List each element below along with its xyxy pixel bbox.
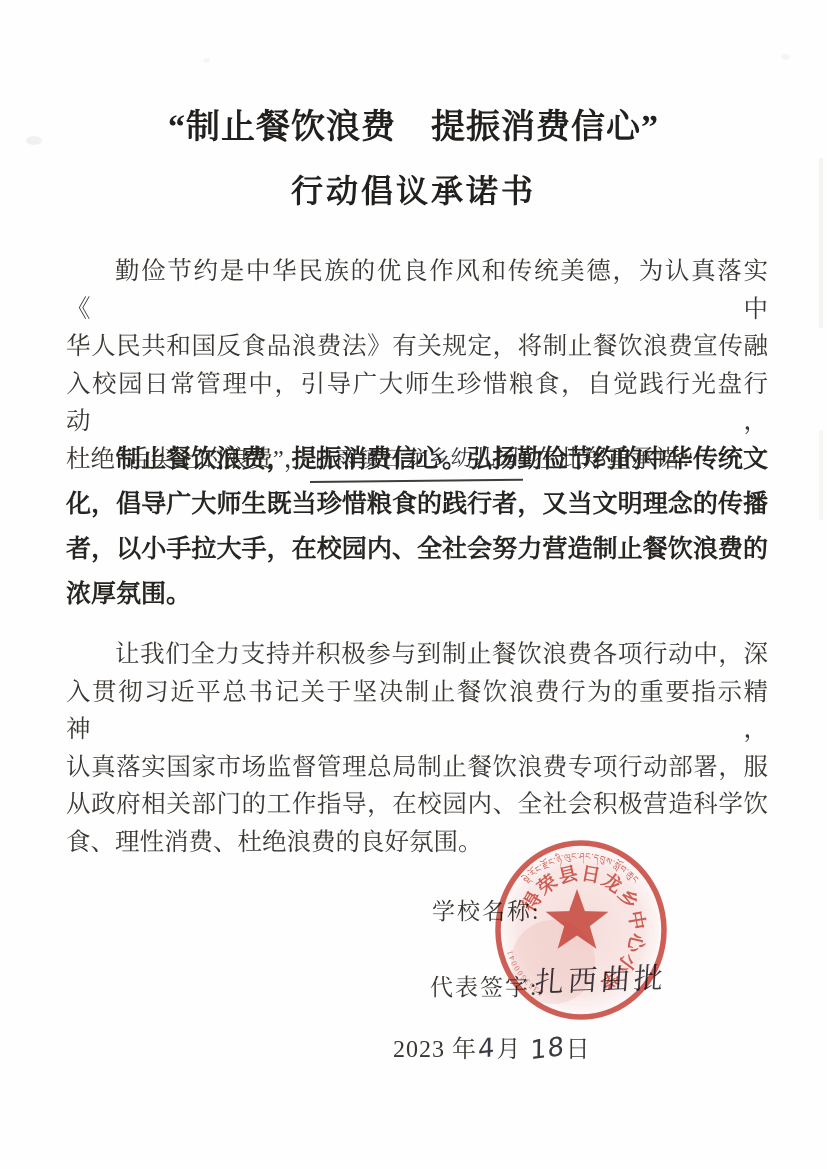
- seal-graphic: སྡེ་རོང་རྫོང་ཉི་ལུང་ཤང་དབུས་སློབ་ཆུང 535…: [493, 838, 669, 1022]
- scan-smudge: [781, 54, 790, 60]
- date-day-unit: 日: [566, 1037, 591, 1063]
- paragraph2-line4: 浓厚氛围。: [66, 571, 768, 616]
- date-month-unit: 月: [497, 1037, 529, 1063]
- document-title-line2: 行动倡议承诺书: [0, 166, 827, 212]
- paragraph1-line1: 勤俭节约是中华民族的优良作风和传统美德，为认真落实《中: [66, 253, 768, 328]
- svg-text:日: 日: [579, 863, 601, 887]
- paragraph-3: 让我们全力支持并积极参与到制止餐饮浪费各项行动中，深 入贯彻习近平总书记关于坚决…: [66, 636, 768, 861]
- paragraph-2-bold: 制止餐饮浪费，提振消费信心。弘扬勤俭节约的中华传统文 化，倡导广大师生既当珍惜粮…: [66, 436, 768, 616]
- paragraph1-line3: 入校园日常管理中，引导广大师生珍惜粮食，自觉践行光盘行动，: [66, 366, 768, 441]
- handwritten-day-number: 18: [529, 1032, 564, 1067]
- paragraph2-line3: 者，以小手拉大手，在校园内、全社会努力营造制止餐饮浪费的: [66, 526, 768, 571]
- paragraph1-line2: 华人民共和国反食品浪费法》有关规定，将制止餐饮浪费宣传融: [66, 328, 768, 366]
- svg-text:中: 中: [624, 909, 650, 932]
- paragraph3-line1: 让我们全力支持并积极参与到制止餐饮浪费各项行动中，深: [66, 636, 768, 674]
- scan-edge-streak: [819, 430, 823, 520]
- scan-smudge: [203, 58, 210, 63]
- paragraph3-line3: 认真落实国家市场监督管理总局制止餐饮浪费专项行动部署，服: [66, 749, 768, 787]
- scanned-document-page: “制止餐饮浪费 提振消费信心” 行动倡议承诺书 勤俭节约是中华民族的优良作风和传…: [0, 0, 827, 1169]
- date-year: 2023 年: [393, 1037, 477, 1063]
- date-line: 2023 年4月 18日: [393, 1029, 591, 1064]
- paragraph3-line4: 从政府相关部门的工作指导，在校园内、全社会积极营造科学饮: [66, 786, 768, 824]
- official-seal-stamp: སྡེ་རོང་རྫོང་ཉི་ལུང་ཤང་དབུས་སློབ་ཆུང 535…: [485, 831, 677, 1029]
- handwritten-month-number: 4: [478, 1033, 496, 1065]
- paragraph2-line1: 制止餐饮浪费，提振消费信心。弘扬勤俭节约的中华传统文: [66, 436, 768, 481]
- paragraph3-line2: 入贯彻习近平总书记关于坚决制止餐饮浪费行为的重要指示精神，: [66, 674, 768, 749]
- paragraph2-line2: 化，倡导广大师生既当珍惜粮食的践行者，又当文明理念的传播: [66, 481, 768, 526]
- document-title-line1: “制止餐饮浪费 提振消费信心”: [0, 99, 827, 148]
